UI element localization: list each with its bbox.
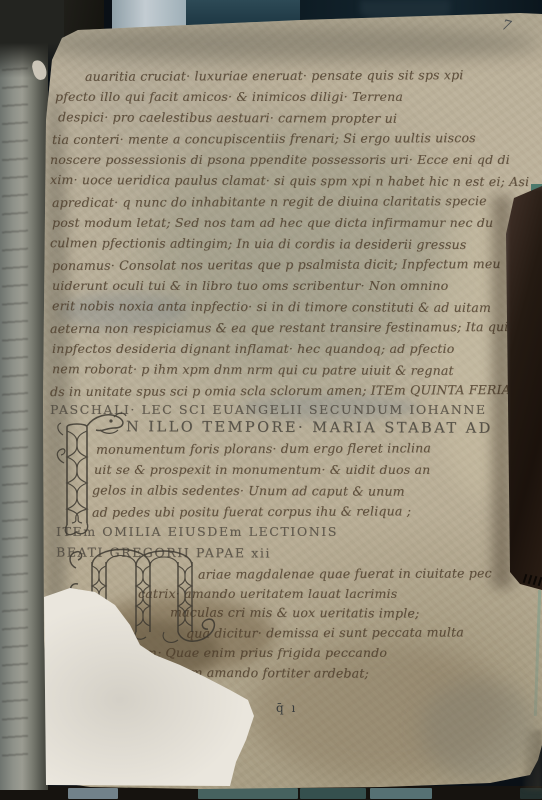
facing-page-text-edges: [2, 58, 28, 758]
decorated-initial-m: [66, 540, 234, 652]
text-line-15: nem roborat· p ihm xpm dnm nrm qui cu pa…: [52, 363, 454, 377]
shelf-label: [68, 788, 118, 799]
text-line-2: pfecto illo qui facit amicos· & inimicos…: [55, 91, 403, 104]
text-line-30: rat· post modum amando fortiter ardebat;: [95, 666, 369, 680]
shelf-label: [198, 788, 298, 799]
text-line-25: ariae magdalenae quae fuerat in ciuitate…: [198, 567, 492, 581]
text-line-6: xim· uoce ueridica paulus clamat· si qui…: [50, 174, 529, 189]
page-curl-shadow: [524, 730, 542, 790]
text-line-20: uit se & prospexit in monumentum· & uidi…: [94, 464, 430, 477]
quire-signature: q̄ ı: [276, 701, 297, 715]
decorated-initial-i: [52, 411, 136, 541]
stain: [40, 26, 540, 62]
leather-strap[interactable]: [506, 186, 542, 590]
text-line-18: N ILLO TEMPORE· MARIA STABAT AD: [126, 420, 493, 436]
text-line-14: inpfectos desideria dignant inflamat· he…: [52, 343, 454, 356]
text-line-8: post modum letat; Sed nos tam ad hec que…: [52, 217, 493, 230]
text-line-13: aeterna non respiciamus & ea que restant…: [50, 321, 509, 336]
text-line-21: gelos in albis sedentes· Unum ad caput &…: [92, 484, 405, 498]
text-line-11: uiderunt oculi tui & in libro tuo oms sc…: [52, 280, 448, 293]
text-line-4: tia conteri· mente a concupiscentiis fre…: [52, 132, 476, 146]
text-line-10: ponamus· Consolat nos ueritas que p psal…: [52, 258, 501, 272]
text-line-12: erit nobis noxia anta inpfectio· si in d…: [52, 300, 491, 314]
book-gutter: [0, 28, 48, 790]
text-line-19: monumentum foris plorans· dum ergo flere…: [96, 442, 431, 456]
text-line-9: culmen pfectionis adtingim; In uia di co…: [50, 237, 467, 251]
text-line-7: apredicat· q nunc do inhabitante n regit…: [52, 195, 487, 209]
manuscript-photograph: auaritia cruciat· luxuriae eneruat· pens…: [0, 0, 542, 800]
text-line-22: ad pedes ubi positu fuerat corpus ihu & …: [92, 505, 411, 519]
text-line-16: ds in unitate spus sci p omia scla sclor…: [50, 384, 511, 399]
shelf-label: [300, 788, 366, 799]
text-line-5: noscere possessionis di psona ppendite p…: [50, 154, 510, 167]
shelf-label: [370, 788, 432, 799]
stain: [420, 680, 540, 780]
text-line-3: despici· pro caelestibus aestuari· carne…: [58, 111, 397, 125]
text-line-1: auaritia cruciat· luxuriae eneruat· pens…: [85, 69, 464, 83]
